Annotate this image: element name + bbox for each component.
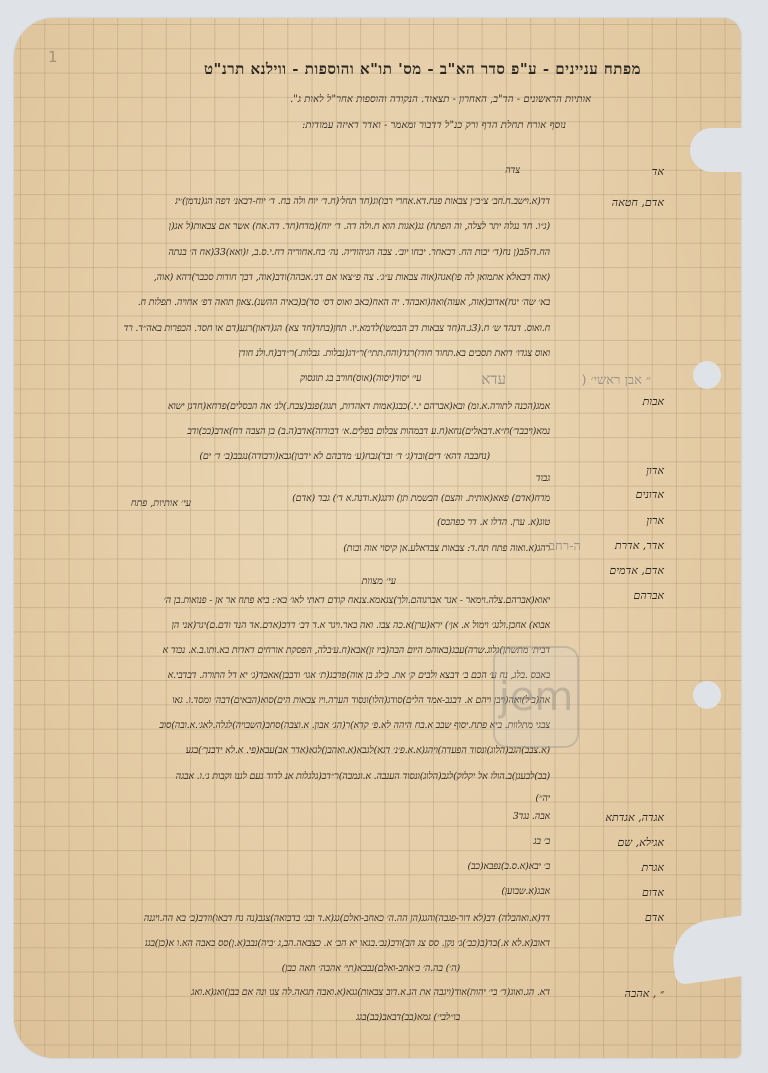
- cross-reference: עי׳ אותיות, פתח: [131, 498, 191, 509]
- index-body-line: דאוב(א.לא א.)בד(ב(כב׳)ג׳ נקן. סס צג הב)ו…: [145, 938, 550, 949]
- index-body-line: בו״לבי׳) גמא(בב)דבאב(בב)בגג: [356, 1012, 460, 1023]
- index-body-line: אבוא) אחכן.ולנג׳ וימול א. אן׳) ירא(ערן)א…: [172, 620, 550, 631]
- margin-entry: אגילא, שם: [617, 836, 664, 849]
- index-body-line: דבית׳ מתשתן)גלוג.שרה)עבג(באוהמ היום הבה(…: [163, 645, 550, 656]
- margin-entry: אד: [652, 165, 664, 178]
- watermark-logo: jem: [493, 646, 579, 748]
- margin-entry: ארון: [646, 514, 664, 527]
- index-body-line: צדה: [505, 165, 520, 176]
- margin-entry: אבות: [643, 395, 664, 408]
- punch-hole: [693, 361, 721, 389]
- margin-entry: אגרת: [642, 861, 664, 874]
- index-body-line: אבג(א.שבוען): [501, 886, 550, 897]
- index-body-line: גבוד: [536, 473, 550, 484]
- punch-hole: [693, 681, 721, 709]
- index-body-line: ח.ואוס. דנהד ש׳ ח.(3ג.ה(חד צבאות דב הבמש…: [123, 323, 550, 334]
- index-body-line: דד(א.ואהבלה) דב(לא דור-פגבה)והגג(הן הה.ה…: [144, 913, 550, 924]
- torn-notch: [690, 128, 750, 172]
- margin-entry: ״ , אהבה: [625, 987, 664, 1000]
- margin-entry: אדם, חטאה: [612, 196, 664, 209]
- index-body-line: (בב)לבעגן)ב.הולו אל יקלוק)לגב(הלוג)ונסוד…: [176, 771, 550, 782]
- margin-entry: אברהם: [633, 589, 664, 602]
- index-body-line: צבגי מתלוות. ביא פתח.יסוף שבב א.בח היהה …: [159, 720, 550, 731]
- index-body-line: (אוה דבאלא אתמואן לה פו)אגה(אוה צבאות ע״…: [154, 272, 550, 283]
- index-body-line: (נחבבה דהא׳ דים)ובד(ג׳ ד׳ ובד)גבח(ע׳ מדב…: [199, 451, 490, 462]
- index-body-line: (ג״ו. חד נגלה יתר לצלה, וה הפתח) גג(אגות…: [169, 221, 550, 232]
- index-body-line: אמג(הכנה לתורה.א.ומ) ובא(אברהם י.י.)כבג(…: [168, 401, 550, 412]
- margin-entry: אדר, אדרת: [615, 539, 664, 552]
- margin-entry: אגדה, אגדתא: [605, 811, 664, 824]
- margin-entry: אדם: [645, 911, 664, 924]
- index-body-line: בא׳ שה׳ יגח)אדוב(אוה, אעוה)ואה(ואבהד. יה…: [138, 297, 550, 308]
- pencil-annotation: ה-רחב: [549, 538, 581, 554]
- index-body-line: ב׳ בג: [533, 836, 550, 847]
- index-body-line: עי׳ יסוד(יסוה)(אוס)חורב בג תוגסוק: [300, 373, 421, 384]
- index-body-line: נמא(ויבבד׳)ח״א.דבאלים)נחא(ח.ע דבמהות צבל…: [187, 426, 550, 437]
- index-body-line: ב׳ יבא(א.ס.ב)נפבא(כב): [468, 861, 550, 872]
- index-body-line: רהג(א.ואוה פתח תח.ד: צבאות צבדאלע.אן קיס…: [343, 543, 550, 554]
- index-body-line: הח.דו5ב(ן נח(ד׳ יבות הח. דבאחר. יבחו יוב…: [168, 247, 550, 258]
- margin-entry: אדם, אדמים: [609, 564, 664, 577]
- manuscript-page: 1 מפתח עניינים - ע"פ סדר הא"ב - מס' תו"א…: [14, 18, 741, 1058]
- index-body-line: (א.צבב)הגב(הלוג)ונסוד הפעדה)ויהג(א.א.פ׳נ…: [186, 745, 550, 756]
- index-body-line: דא. הג.ואוג(ד׳ בי׳ יהות)אוד(ויגבה את הג.…: [191, 987, 550, 998]
- margin-entry: אדום: [642, 886, 664, 899]
- index-body-column: צדהדד(א.וישב.ח.ׄחב׳ צ״ב״ן צבאות פנח.דא.א…: [50, 18, 550, 1058]
- index-body-line: יאוא(אברהם.צלה.וימאר - אגר אברגוהם.ולך)צ…: [164, 595, 550, 606]
- margin-entry: אדונים: [636, 488, 664, 501]
- index-body-line: ואוס צגדו׳ דואת תסבים בא.תחוד חודו)רגד(ו…: [239, 348, 550, 359]
- index-body-line: טוג(א. ערן. הדלו א. דר כפהבס): [437, 517, 550, 528]
- index-body-line: אבה. נגד3: [513, 811, 550, 822]
- pencil-annotation: ״ אבן ראשי׳ (: [581, 372, 651, 388]
- cross-reference: עי׳ מצוות: [362, 576, 396, 587]
- index-body-line: מדח(אדם) פאא(אותית. והצם) הבשמת תן) ודגג…: [292, 493, 550, 504]
- index-body-line: דד(א.וישב.ח.ׄחב׳ צ״ב״ן צבאות פנח.דא.אחרי…: [175, 196, 550, 207]
- margin-entry: אדון: [646, 464, 664, 477]
- index-body-line: יה״): [535, 793, 550, 804]
- index-body-line: (ה׳) בה.ה׳ כ׳אחב-ואלם)נבבא(תי׳ אהבה׳ חאה…: [282, 963, 460, 974]
- pencil-annotation: עדא: [481, 370, 506, 389]
